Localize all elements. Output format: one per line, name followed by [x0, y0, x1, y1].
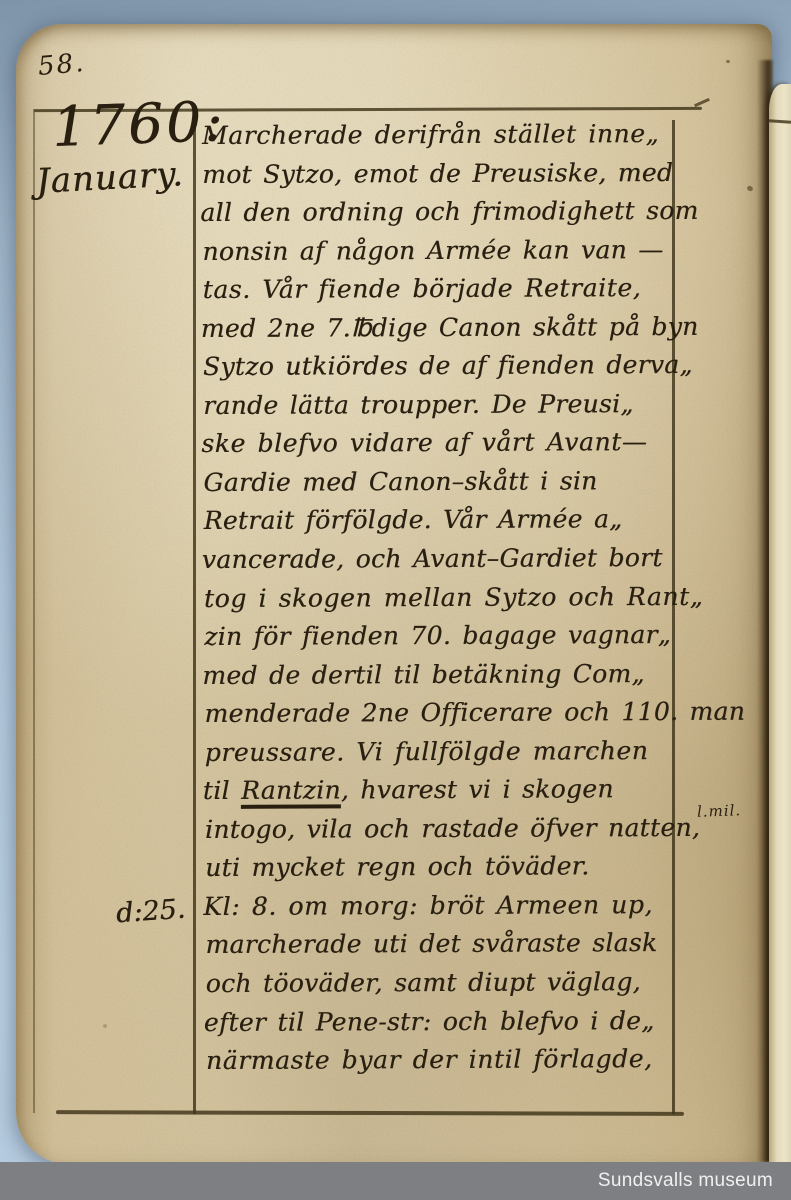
manuscript-line: närmaste byar der intil förlagde, [206, 1040, 676, 1081]
manuscript-line: tas. Vår fiende började Retraite, [203, 269, 673, 310]
manuscript-line: Kl: 8. om morg: bröt Armeen up, [203, 886, 673, 927]
manuscript-line: Gardie med Canon–skått i sin [203, 462, 673, 503]
museum-credit-bar: Sundsvalls museum [0, 1162, 791, 1200]
frame-rule-middle [193, 109, 196, 1114]
margin-day-note: d:25. [115, 894, 186, 930]
manuscript-line: Retrait förfölgde. Vår Armée a„ [204, 500, 674, 541]
manuscript-line: vancerade, och Avant–Gardiet bort [202, 539, 672, 580]
manuscript-line: Marcherade derifrån stället inne„ [202, 115, 672, 156]
manuscript-photo: 58. 1760: January. d:25. l.mil. Marchera… [0, 0, 791, 1200]
manuscript-line: tog i skogen mellan Sytzo och Rant„ [204, 578, 674, 619]
page-number: 58. [37, 48, 87, 82]
manuscript-line: ske blefvo vidare af vårt Avant— [201, 423, 671, 464]
manuscript-line: med de dertil til betäkning Com„ [202, 655, 672, 696]
manuscript-line: zin för fienden 70. bagage vagnar„ [204, 616, 674, 657]
frame-rule-left [33, 109, 35, 1113]
manuscript-line: Sytzo utkiördes de af fienden derva„ [203, 346, 673, 387]
manuscript-line: rande lätta troupper. De Preusi„ [203, 385, 673, 426]
manuscript-line: all den ordning och frimodighett som [200, 192, 670, 233]
manuscript-line: til Rantzin, hvarest vi i skogen [203, 770, 673, 811]
manuscript-line: preussare. Vi fullfölgde marchen [205, 732, 675, 773]
manuscript-line: och töoväder, samt diupt väglag, [206, 963, 676, 1004]
manuscript-line: uti mycket regn och töväder. [205, 847, 675, 888]
manuscript-line: marcherade uti det svåraste slask [205, 924, 675, 965]
manuscript-text: Marcherade derifrån stället inne„mot Syt… [202, 115, 676, 1081]
next-page-edge [769, 84, 791, 1162]
manuscript-line: intogo, vila och rastade öfver natten, [205, 809, 675, 850]
ink-speck [726, 60, 730, 63]
right-margin-distance-note: l.mil. [697, 801, 742, 821]
manuscript-line: efter til Pene-str: och blefvo i de„ [204, 1002, 674, 1043]
underlined-place-name: Rantzin [241, 776, 341, 809]
manuscript-line: nonsin af någon Armée kan van — [202, 231, 672, 272]
manuscript-line: mot Sytzo, emot de Preusiske, med [202, 154, 672, 195]
margin-year: 1760: [51, 89, 227, 159]
stain-speck [103, 1024, 107, 1028]
manuscript-line: menderade 2ne Officerare och 110. man [204, 693, 674, 734]
margin-month: January. [35, 154, 185, 202]
museum-credit-text: Sundsvalls museum [598, 1170, 791, 1192]
manuscript-line: med 2ne 7.℔dige Canon skått på byn [201, 308, 671, 349]
